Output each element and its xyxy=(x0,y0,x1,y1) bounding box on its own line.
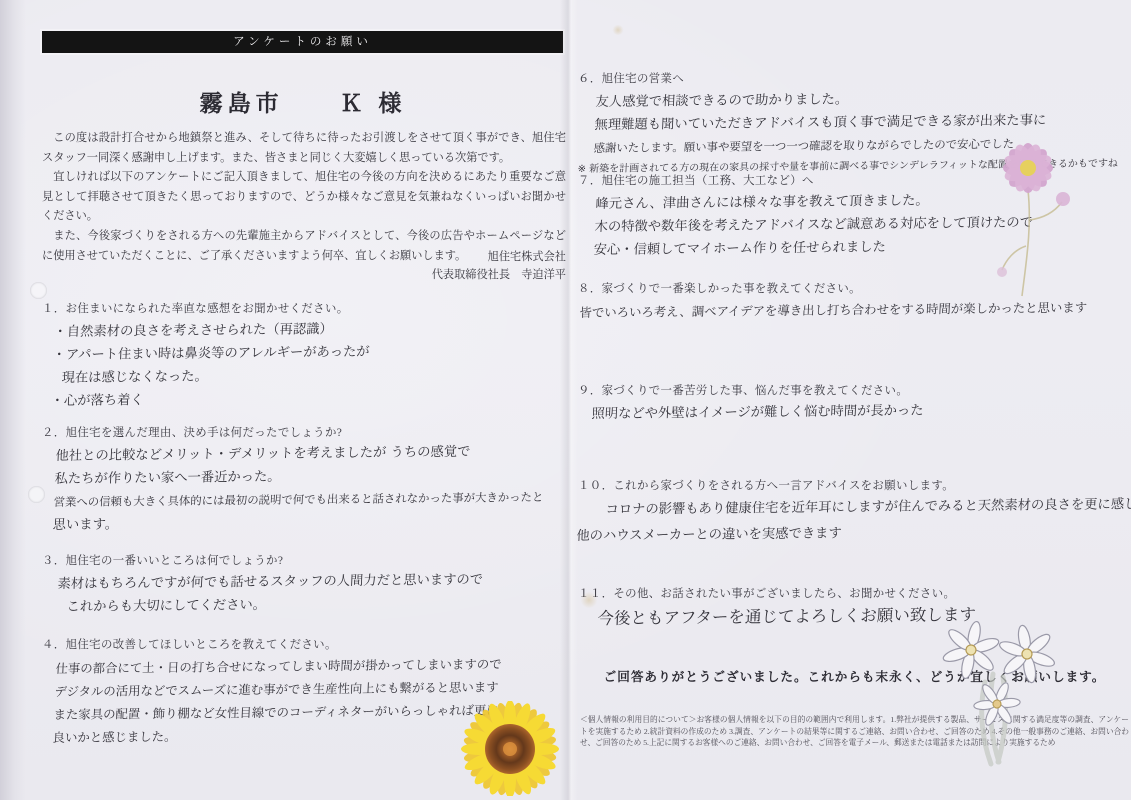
question-3-answer: 素材はもちろんですが何でも話せるスタッフの人間力だと思いますので これからも大切… xyxy=(56,568,566,619)
paper-stain xyxy=(580,592,598,608)
answer-line: 照明などや外壁はイメージが難しく悩む時間が長かった xyxy=(591,397,1131,426)
answer-line: 他のハウスメーカーとの違いを実感できます xyxy=(576,518,1130,550)
question-9-answer: 照明などや外壁はイメージが難しく悩む時間が長かった xyxy=(591,397,1131,426)
president-name: 代表取締役社長 寺迫洋平 xyxy=(42,266,566,284)
question-11-label: １１．その他、お話されたい事がございましたら、お聞かせください。 xyxy=(578,585,1131,601)
question-10: １０．これから家づくりをされる方へ一言アドバイスをお願いします。 コロナの影響も… xyxy=(578,477,1131,550)
question-3-label: ３．旭住宅の一番いいところは何でしょうか? xyxy=(42,552,566,568)
paper-stain xyxy=(612,25,624,35)
question-4-label: ４．旭住宅の改善してほしいところを教えてください。 xyxy=(42,636,566,652)
banner-label: アンケートのお願い xyxy=(233,36,372,48)
answer-line: コロナの影響もあり健康住宅を近年耳にしますが住んでみると天然素材の良さを更に感じ xyxy=(605,492,1131,524)
question-2-answer: 他社との比較などメリット・デメリットを考えましたが うちの感覚で 私たちが作りた… xyxy=(52,440,566,537)
cosmos-flower-illustration-icon xyxy=(976,128,1096,303)
question-9-label: ９．家づくりで一番苦労した事、悩んだ事を教えてください。 xyxy=(578,382,1131,398)
sunflower-illustration-icon xyxy=(450,701,570,796)
question-2: ２．旭住宅を選んだ理由、決め手は何だったでしょうか? 他社との比較などメリット・… xyxy=(42,424,566,537)
question-9: ９．家づくりで一番苦労した事、悩んだ事を教えてください。 照明などや外壁はイメー… xyxy=(578,382,1131,426)
recipient-name: 霧島市 Ｋ 様 xyxy=(42,85,564,118)
question-1-label: １．お住まいになられた率直な感想をお聞かせください。 xyxy=(42,300,566,316)
question-6-label: ６．旭住宅の営業へ xyxy=(578,70,1131,86)
question-10-label: １０．これから家づくりをされる方へ一言アドバイスをお願いします。 xyxy=(578,477,1131,493)
title-banner: アンケートのお願い xyxy=(42,31,563,53)
right-page: ６．旭住宅の営業へ 友人感覚で相談できるので助かりました。 無理難題も聞いていた… xyxy=(578,0,1131,800)
answer-line: これからも大切にしてください。 xyxy=(66,591,565,619)
company-signature: 旭住宅株式会社 代表取締役社長 寺迫洋平 xyxy=(42,248,566,284)
company-name: 旭住宅株式会社 xyxy=(42,248,566,266)
intro-paragraph-1: この度は設計打合せから地鎮祭と進み、そして待ちに待ったお引渡しをさせて頂く事がで… xyxy=(42,129,566,168)
left-page: アンケートのお願い 霧島市 Ｋ 様 この度は設計打合せから地鎮祭と進み、そして待… xyxy=(0,0,566,800)
scanned-survey-document: アンケートのお願い 霧島市 Ｋ 様 この度は設計打合せから地鎮祭と進み、そして待… xyxy=(0,0,1131,800)
punch-hole-mark xyxy=(28,486,45,503)
question-3: ３．旭住宅の一番いいところは何でしょうか? 素材はもちろんですが何でも話せるスタ… xyxy=(42,552,566,619)
question-2-label: ２．旭住宅を選んだ理由、決め手は何だったでしょうか? xyxy=(42,424,566,440)
intro-text: この度は設計打合せから地鎮祭と進み、そして待ちに待ったお引渡しをさせて頂く事がで… xyxy=(42,129,566,266)
question-1: １．お住まいになられた率直な感想をお聞かせください。 ・自然素材の良さを考えさせ… xyxy=(42,300,566,413)
page-fold-line xyxy=(560,0,578,800)
question-10-answer: コロナの影響もあり健康住宅を近年耳にしますが住んでみると天然素材の良さを更に感じ… xyxy=(576,492,1131,550)
punch-hole-mark xyxy=(30,282,47,299)
answer-line: ・心が落ち着く xyxy=(50,385,563,413)
question-1-answer: ・自然素材の良さを考えさせられた（再認識） ・アパート住まい時は鼻炎等のアレルギ… xyxy=(50,316,566,413)
narcissus-flowers-illustration-icon xyxy=(933,612,1063,767)
intro-paragraph-2: 宜しければ以下のアンケートにご記入頂きまして、旭住宅の今後の方向を決めるにあたり… xyxy=(42,168,566,227)
